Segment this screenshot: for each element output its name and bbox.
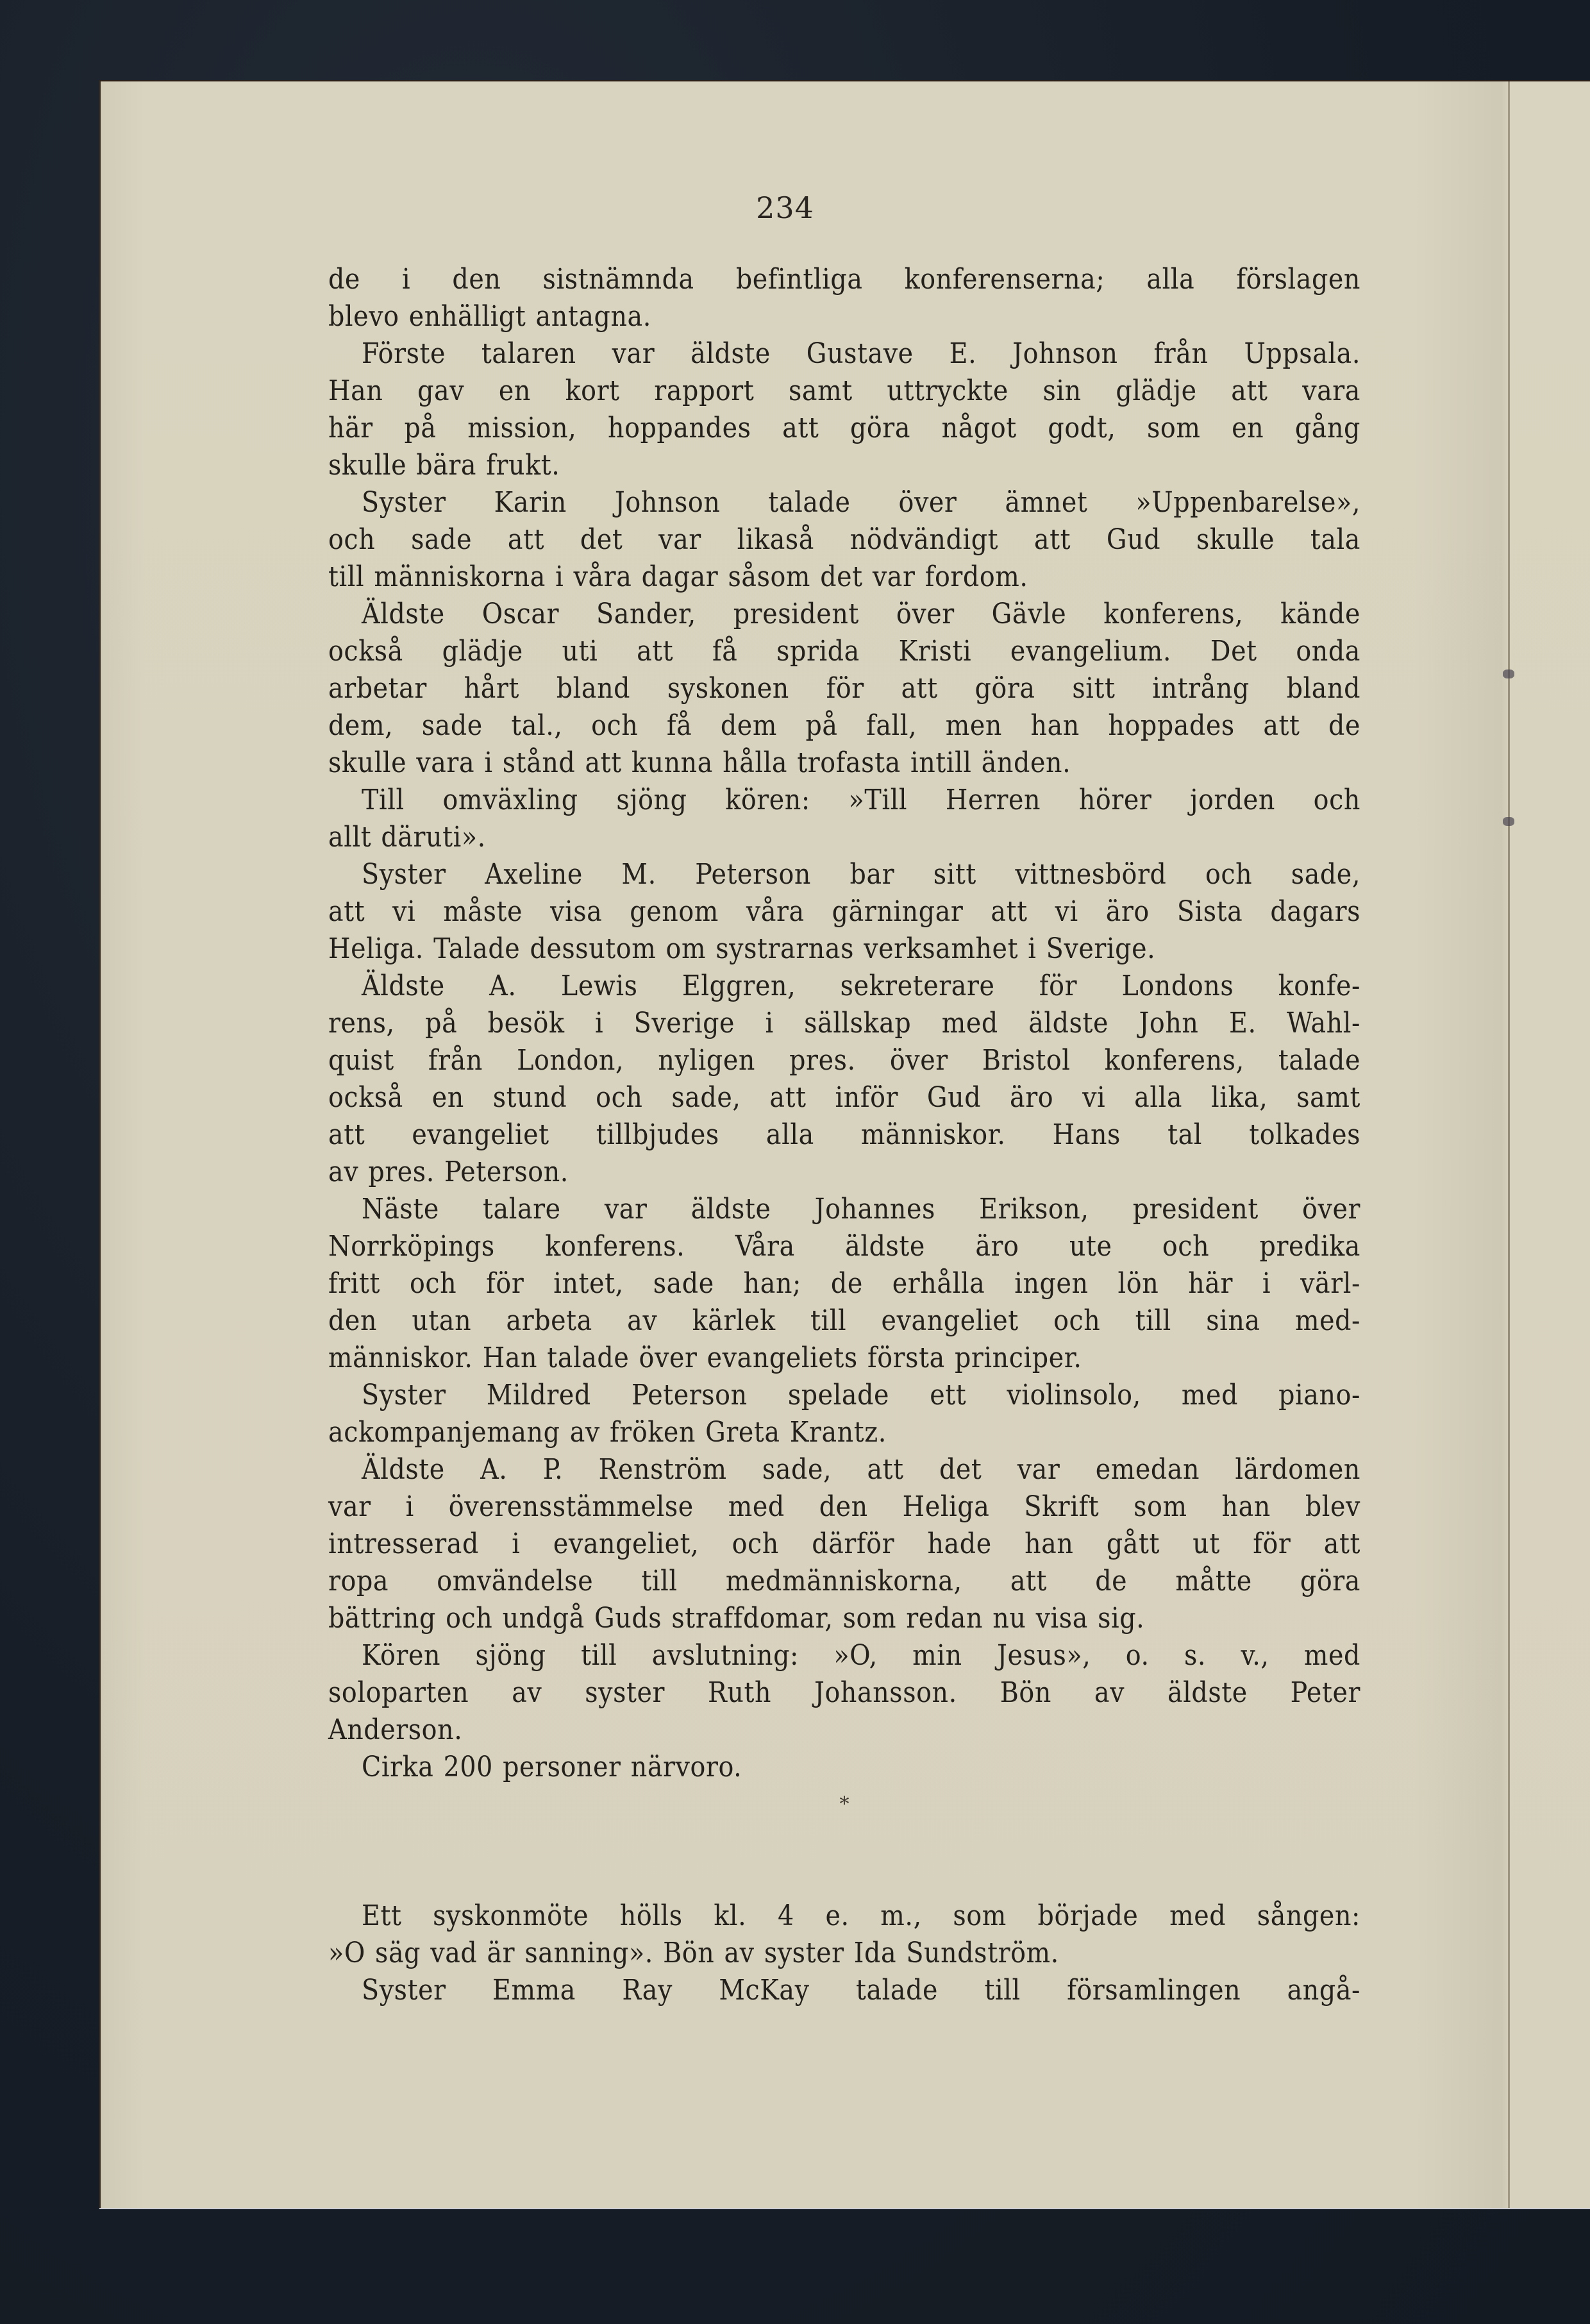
text-line: Han gav en kort rapport samt uttryckte s… bbox=[328, 373, 1360, 410]
text-line: var i överensstämmelse med den Heliga Sk… bbox=[328, 1488, 1360, 1526]
text-line: Syster Mildred Peterson spelade ett viol… bbox=[328, 1377, 1360, 1414]
text-line: »O säg vad är sanning». Bön av syster Id… bbox=[328, 1935, 1360, 1972]
section-gap bbox=[328, 1823, 1360, 1898]
document-page: 234 de i den sistnämnda befintliga konfe… bbox=[99, 80, 1590, 2208]
text-line: också glädje uti att få sprida Kristi ev… bbox=[328, 633, 1360, 670]
text-line: av pres. Peterson. bbox=[328, 1154, 1360, 1191]
text-line: de i den sistnämnda befintliga konferens… bbox=[328, 261, 1360, 298]
section-separator-asterisk: * bbox=[328, 1786, 1360, 1823]
text-line: den utan arbeta av kärlek till evangelie… bbox=[328, 1302, 1360, 1340]
text-line: människor. Han talade över evangeliets f… bbox=[328, 1340, 1360, 1377]
page-fold-line bbox=[1508, 81, 1510, 2208]
text-line: Syster Axeline M. Peterson bar sitt vitt… bbox=[328, 856, 1360, 893]
text-line: blevo enhälligt antagna. bbox=[328, 298, 1360, 335]
text-line: att evangeliet tillbjudes alla människor… bbox=[328, 1116, 1360, 1154]
text-line: Syster Karin Johnson talade över ämnet »… bbox=[328, 484, 1360, 521]
text-line: rens, på besök i Sverige i sällskap med … bbox=[328, 1005, 1360, 1042]
text-line: här på mission, hoppandes att göra något… bbox=[328, 410, 1360, 447]
text-line: Norrköpings konferens. Våra äldste äro u… bbox=[328, 1228, 1360, 1265]
text-line: Cirka 200 personer närvoro. bbox=[328, 1749, 1360, 1786]
text-line: Anderson. bbox=[328, 1712, 1360, 1749]
text-line: skulle bära frukt. bbox=[328, 447, 1360, 484]
body-text: de i den sistnämnda befintliga konferens… bbox=[328, 261, 1360, 2009]
text-line: fritt och för intet, sade han; de erhåll… bbox=[328, 1265, 1360, 1302]
text-line: Syster Emma Ray McKay talade till försam… bbox=[328, 1972, 1360, 2009]
text-line: Ett syskonmöte hölls kl. 4 e. m., som bö… bbox=[328, 1898, 1360, 1935]
text-line: Förste talaren var äldste Gustave E. Joh… bbox=[328, 335, 1360, 373]
text-line: också en stund och sade, att inför Gud ä… bbox=[328, 1079, 1360, 1116]
text-line: Till omväxling sjöng kören: »Till Herren… bbox=[328, 782, 1360, 819]
text-line: ropa omvändelse till medmänniskorna, att… bbox=[328, 1563, 1360, 1600]
text-line: Äldste Oscar Sander, president över Gävl… bbox=[328, 596, 1360, 633]
text-line: Näste talare var äldste Johannes Erikson… bbox=[328, 1191, 1360, 1228]
body-paragraphs-after-separator: Ett syskonmöte hölls kl. 4 e. m., som bö… bbox=[328, 1898, 1360, 2009]
text-line: bättring och undgå Guds straffdomar, som… bbox=[328, 1600, 1360, 1637]
text-line: dem, sade tal., och få dem på fall, men … bbox=[328, 707, 1360, 745]
body-paragraphs-main: de i den sistnämnda befintliga konferens… bbox=[328, 261, 1360, 1786]
binding-stitch-hole bbox=[1503, 817, 1514, 826]
text-line: och sade att det var likaså nödvändigt a… bbox=[328, 521, 1360, 559]
text-line: arbetar hårt bland syskonen för att göra… bbox=[328, 670, 1360, 707]
text-line: Äldste A. Lewis Elggren, sekreterare för… bbox=[328, 968, 1360, 1005]
text-line: att vi måste visa genom våra gärningar a… bbox=[328, 893, 1360, 930]
text-line: Heliga. Talade dessutom om systrarnas ve… bbox=[328, 930, 1360, 968]
text-line: skulle vara i stånd att kunna hålla trof… bbox=[328, 745, 1360, 782]
text-line: intresserad i evangeliet, och därför had… bbox=[328, 1526, 1360, 1563]
text-line: soloparten av syster Ruth Johansson. Bön… bbox=[328, 1674, 1360, 1712]
text-line: Kören sjöng till avslutning: »O, min Jes… bbox=[328, 1637, 1360, 1674]
binding-stitch-hole bbox=[1503, 669, 1514, 678]
text-line: ackompanjemang av fröken Greta Krantz. bbox=[328, 1414, 1360, 1451]
page-number: 234 bbox=[40, 190, 1530, 225]
text-line: Äldste A. P. Renström sade, att det var … bbox=[328, 1451, 1360, 1488]
text-line: quist från London, nyligen pres. över Br… bbox=[328, 1042, 1360, 1079]
text-line: till människorna i våra dagar såsom det … bbox=[328, 559, 1360, 596]
text-line: allt däruti». bbox=[328, 819, 1360, 856]
